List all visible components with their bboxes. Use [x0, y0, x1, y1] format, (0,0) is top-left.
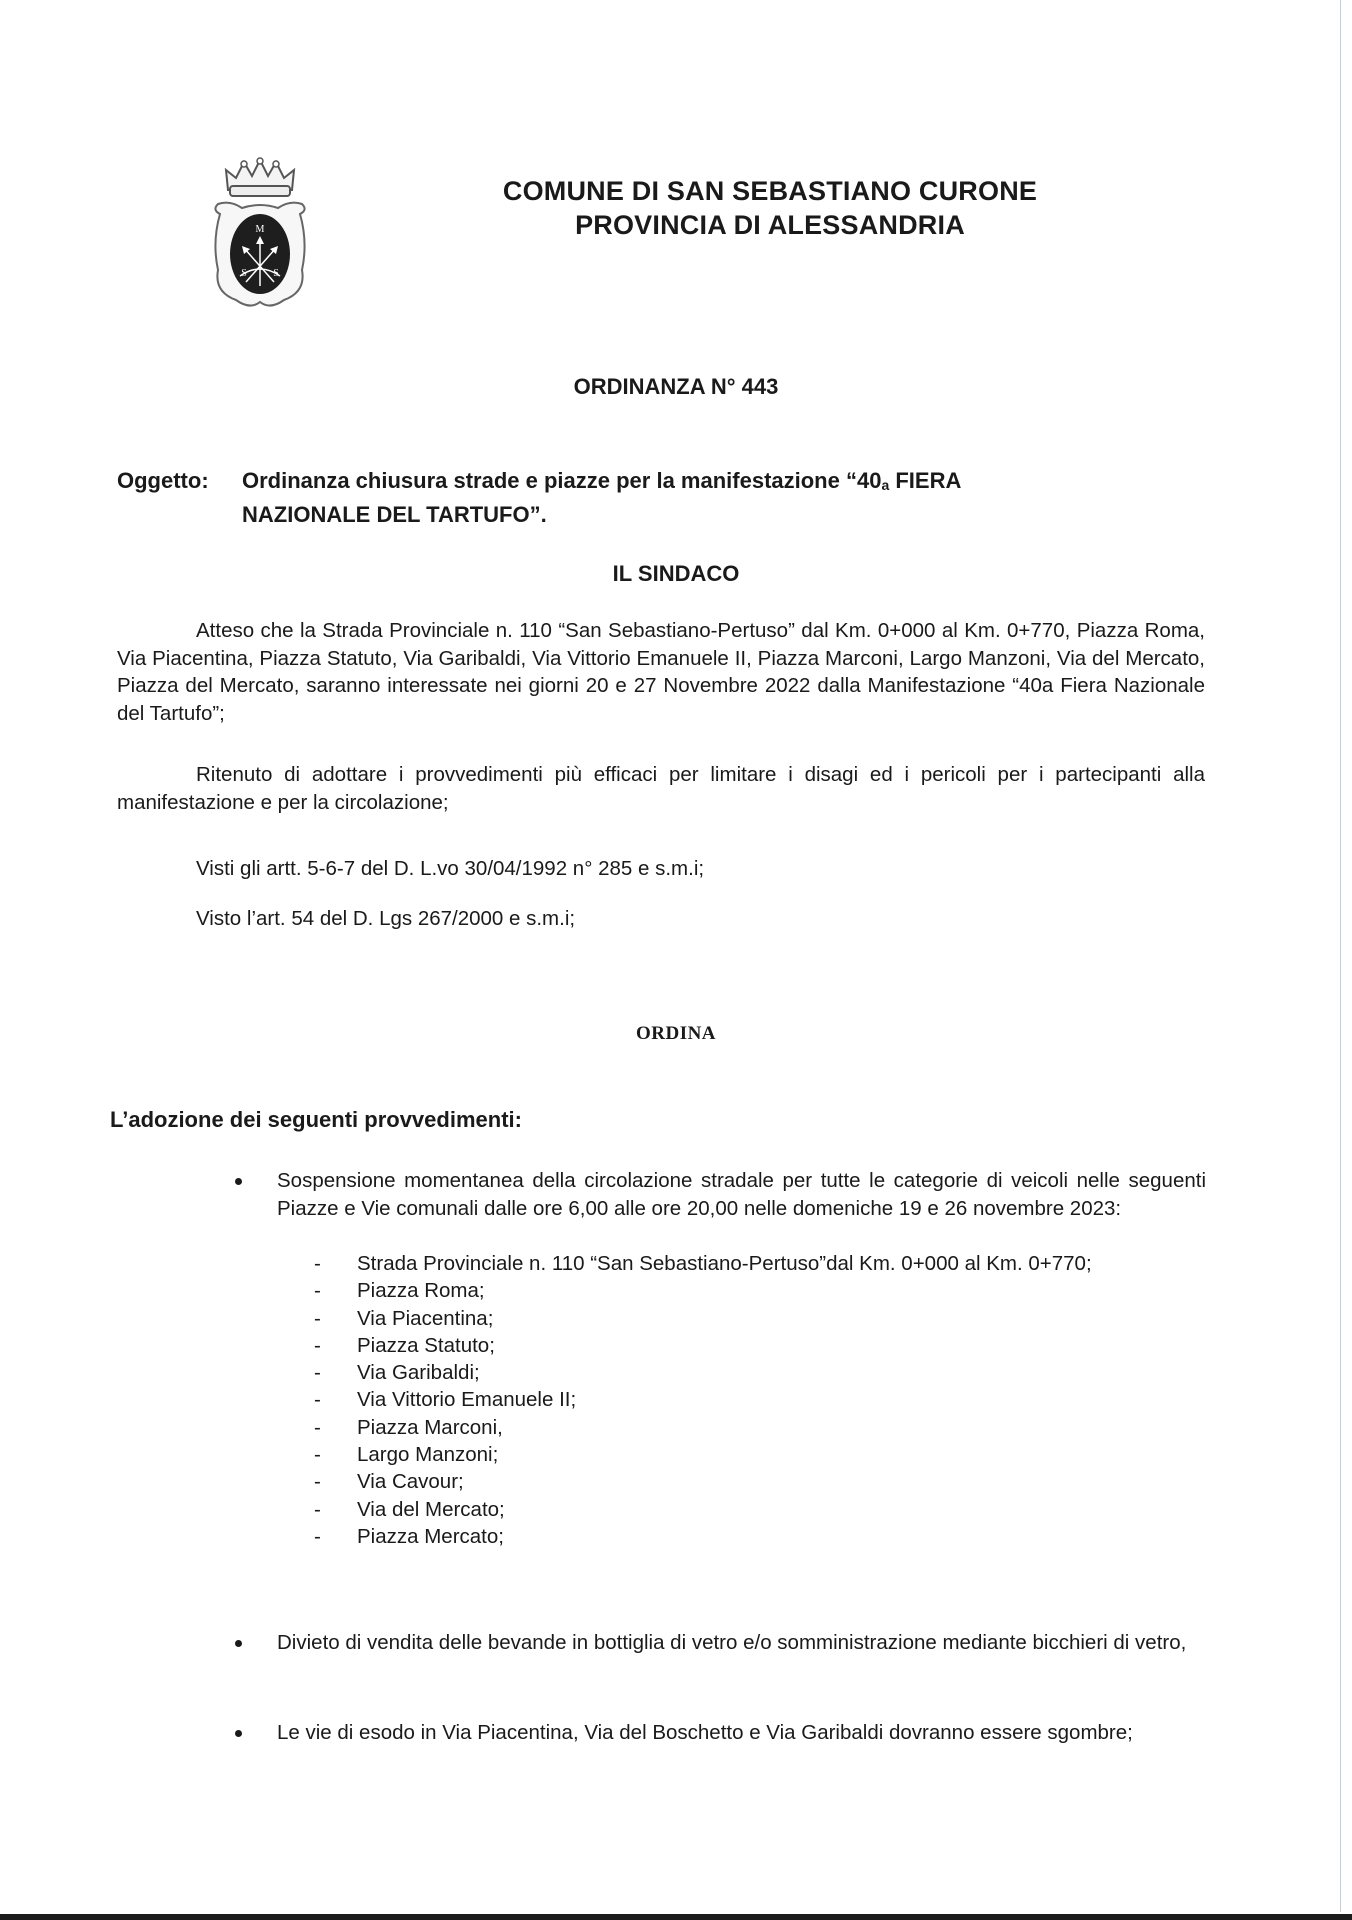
scan-page-edge	[1340, 0, 1341, 1912]
dash-icon: -	[314, 1332, 321, 1359]
street-name: Via Piacentina;	[357, 1307, 493, 1330]
dash-icon: -	[314, 1359, 321, 1386]
dash-icon: -	[314, 1414, 321, 1441]
subject-line-2: NAZIONALE DEL TARTUFO”.	[117, 500, 1217, 530]
coat-of-arms-icon: M S S	[210, 152, 310, 312]
closed-streets-list: -Strada Provinciale n. 110 “San Sebastia…	[314, 1250, 1206, 1550]
authority-heading: IL SINDACO	[0, 561, 1352, 587]
document-header: COMUNE DI SAN SEBASTIANO CURONE PROVINCI…	[380, 174, 1160, 242]
scan-bottom-border	[0, 1914, 1352, 1920]
street-name: Largo Manzoni;	[357, 1443, 498, 1466]
street-item: -Via Piacentina;	[314, 1305, 1206, 1332]
street-item: -Via del Mercato;	[314, 1496, 1206, 1523]
dash-icon: -	[314, 1523, 321, 1550]
dash-icon: -	[314, 1441, 321, 1468]
measure-item: Le vie di esodo in Via Piacentina, Via d…	[238, 1719, 1206, 1747]
street-name: Via Cavour;	[357, 1470, 464, 1493]
dash-icon: -	[314, 1496, 321, 1523]
bullet-icon	[235, 1730, 242, 1737]
street-item: -Via Vittorio Emanuele II;	[314, 1386, 1206, 1413]
street-item: -Piazza Statuto;	[314, 1332, 1206, 1359]
svg-text:M: M	[256, 224, 265, 235]
subject-block: Oggetto:Ordinanza chiusura strade e piaz…	[117, 466, 1217, 530]
paragraph-ritenuto: Ritenuto di adottare i provvedimenti più…	[117, 761, 1205, 816]
dash-icon: -	[314, 1386, 321, 1413]
ordinance-number: ORDINANZA N° 443	[0, 374, 1352, 400]
street-name: Strada Provinciale n. 110 “San Sebastian…	[357, 1252, 1092, 1275]
street-item: -Via Garibaldi;	[314, 1359, 1206, 1386]
street-item: -Piazza Roma;	[314, 1277, 1206, 1304]
street-name: Piazza Roma;	[357, 1279, 485, 1302]
bullet-icon	[235, 1640, 242, 1647]
dash-icon: -	[314, 1277, 321, 1304]
ordina-heading: ORDINA	[0, 1023, 1352, 1045]
street-item: -Via Cavour;	[314, 1468, 1206, 1495]
municipality-name: COMUNE DI SAN SEBASTIANO CURONE	[380, 174, 1160, 208]
street-name: Via Garibaldi;	[357, 1361, 480, 1384]
adoption-heading: L’adozione dei seguenti provvedimenti:	[110, 1107, 522, 1133]
dash-icon: -	[314, 1305, 321, 1332]
street-name: Piazza Statuto;	[357, 1334, 495, 1357]
street-name: Piazza Mercato;	[357, 1525, 504, 1548]
subject-line-1-end: FIERA	[889, 468, 961, 493]
street-name: Piazza Marconi,	[357, 1416, 503, 1439]
street-item: -Largo Manzoni;	[314, 1441, 1206, 1468]
paragraph-atteso: Atteso che la Strada Provinciale n. 110 …	[117, 617, 1205, 727]
street-name: Via Vittorio Emanuele II;	[357, 1388, 576, 1411]
measure-item: Sospensione momentanea della circolazion…	[238, 1167, 1206, 1222]
paragraph-visti: Visti gli artt. 5-6-7 del D. L.vo 30/04/…	[196, 855, 1196, 883]
measure-item: Divieto di vendita delle bevande in bott…	[238, 1629, 1206, 1657]
dash-icon: -	[314, 1250, 321, 1277]
province-name: PROVINCIA DI ALESSANDRIA	[380, 208, 1160, 242]
street-item: -Piazza Marconi,	[314, 1414, 1206, 1441]
dash-icon: -	[314, 1468, 321, 1495]
street-item: -Piazza Mercato;	[314, 1523, 1206, 1550]
subject-label: Oggetto:	[117, 466, 242, 496]
street-name: Via del Mercato;	[357, 1498, 505, 1521]
bullet-icon	[235, 1178, 242, 1185]
subject-line-1: Ordinanza chiusura strade e piazze per l…	[242, 468, 881, 493]
paragraph-visto: Visto l’art. 54 del D. Lgs 267/2000 e s.…	[196, 905, 1196, 933]
street-item: -Strada Provinciale n. 110 “San Sebastia…	[314, 1250, 1206, 1277]
